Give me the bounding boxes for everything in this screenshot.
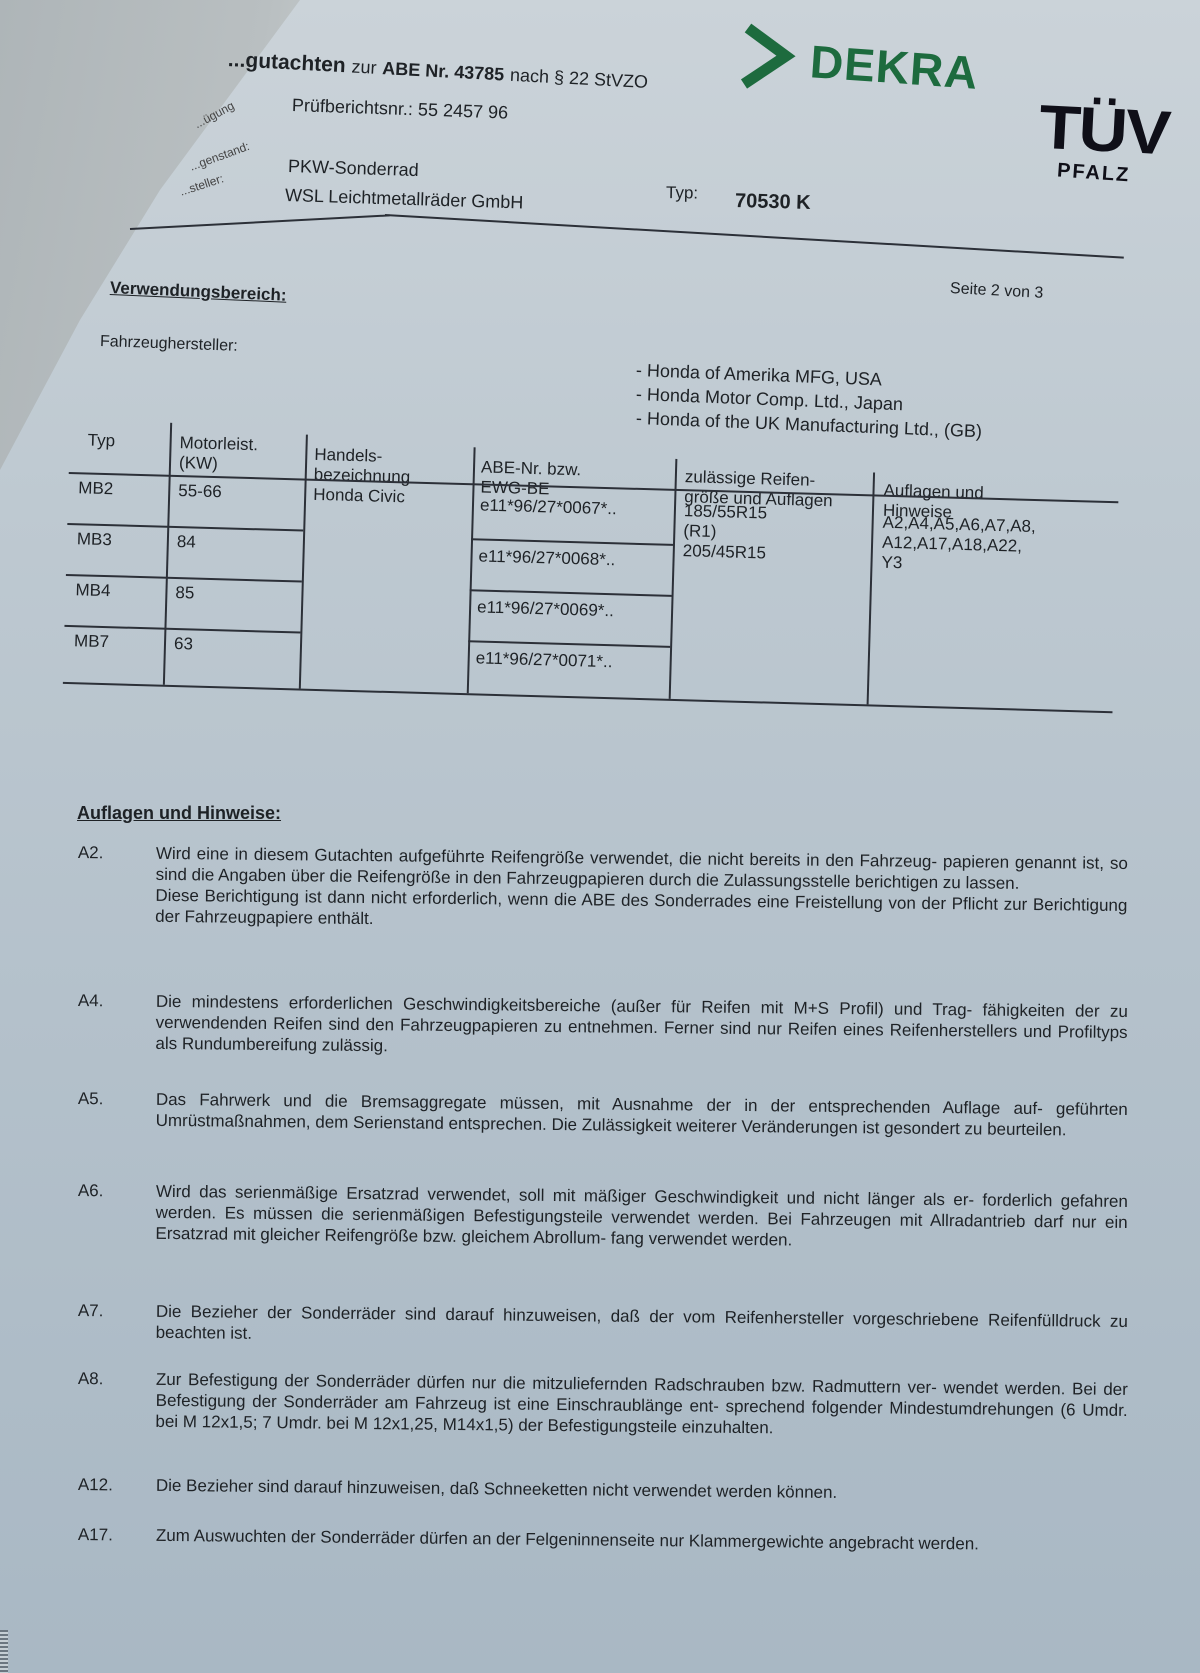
dekra-logo: DEKRA — [740, 20, 970, 110]
typ-label: Typ: — [666, 183, 698, 204]
cell-abe-nr: e11*96/27*0067*.. — [480, 495, 617, 519]
auflage-code: A17. — [78, 1524, 148, 1546]
auflage-text: Wird das serienmäßige Ersatzrad verwende… — [155, 1181, 1128, 1254]
vehicle-table: Typ Motorleist. (KW) Handels- bezeichnun… — [62, 428, 1119, 737]
dekra-arrow-icon — [740, 20, 810, 100]
auflage-item: A6.Wird das serienmäßige Ersatzrad verwe… — [77, 1180, 1128, 1254]
cell-typ: MB4 — [75, 580, 111, 601]
tuv-pfalz-logo: TÜV PFALZ — [1045, 100, 1175, 210]
cell-motorleistung: 63 — [174, 634, 193, 655]
cell-abe-nr: e11*96/27*0068*.. — [478, 546, 615, 570]
header-motorleistung: Motorleist. (KW) — [179, 433, 259, 475]
gegenstand-value: PKW-Sonderrad — [288, 156, 419, 181]
col-divider — [867, 472, 875, 704]
tuv-wordmark: TÜV — [1038, 97, 1171, 166]
dekra-wordmark: DEKRA — [808, 34, 980, 100]
auflage-paragraph: Die mindestens erforderlichen Geschwindi… — [155, 991, 1128, 1064]
cell-abe-nr: e11*96/27*0069*.. — [477, 597, 614, 621]
auflage-code: A7. — [78, 1300, 148, 1322]
header-abe-nr: ABE-Nr. bzw. EWG-BE — [480, 457, 581, 500]
cell-motorleistung: 84 — [177, 532, 196, 553]
reifen-list: 185/55R15 (R1) 205/45R15 — [683, 501, 768, 563]
cell-motorleistung: 55-66 — [178, 481, 222, 502]
cell-motorleistung: 85 — [175, 583, 194, 604]
cell-typ: MB7 — [74, 631, 110, 652]
binder-edge — [0, 1630, 8, 1673]
row-divider — [468, 640, 670, 647]
auflage-item: A4.Die mindestens erforderlichen Geschwi… — [77, 990, 1128, 1064]
auflage-text: Zur Befestigung der Sonderräder dürfen n… — [155, 1369, 1128, 1442]
row-divider — [471, 538, 673, 545]
auflage-text: Die mindestens erforderlichen Geschwindi… — [155, 991, 1128, 1064]
tuv-subtitle: PFALZ — [1056, 159, 1131, 187]
table-bottom-rule — [63, 682, 1113, 713]
handelsbezeichnung-value: Honda Civic — [313, 485, 405, 508]
auflage-paragraph: Zur Befestigung der Sonderräder dürfen n… — [155, 1369, 1128, 1442]
auflage-item: A2.Wird eine in diesem Gutachten aufgefü… — [77, 842, 1128, 937]
cell-typ: MB2 — [78, 478, 114, 499]
cell-abe-nr: e11*96/27*0071*.. — [475, 648, 612, 672]
auflage-code: A2. — [78, 842, 148, 864]
auflage-code: A6. — [78, 1180, 148, 1202]
auflage-code: A5. — [78, 1088, 148, 1110]
col-divider — [299, 435, 308, 689]
typ-value: 70530 K — [735, 190, 811, 215]
col-divider — [163, 423, 172, 685]
auflagen-heading: Auflagen und Hinweise: — [77, 803, 281, 824]
cell-typ: MB3 — [77, 529, 113, 550]
auflage-text: Wird eine in diesem Gutachten aufgeführt… — [155, 843, 1128, 937]
col-divider — [669, 459, 677, 699]
auflage-code: A12. — [78, 1474, 148, 1496]
auflage-item: A8.Zur Befestigung der Sonderräder dürfe… — [77, 1368, 1128, 1442]
auflage-code: A4. — [78, 990, 148, 1012]
header-typ: Typ — [87, 431, 115, 452]
auflage-paragraph: Wird das serienmäßige Ersatzrad verwende… — [155, 1181, 1128, 1254]
auflage-code: A8. — [78, 1368, 148, 1390]
auflagen-list: A2,A4,A5,A6,A7,A8, A12,A17,A18,A22, Y3 — [881, 513, 1036, 577]
row-divider — [470, 589, 672, 596]
